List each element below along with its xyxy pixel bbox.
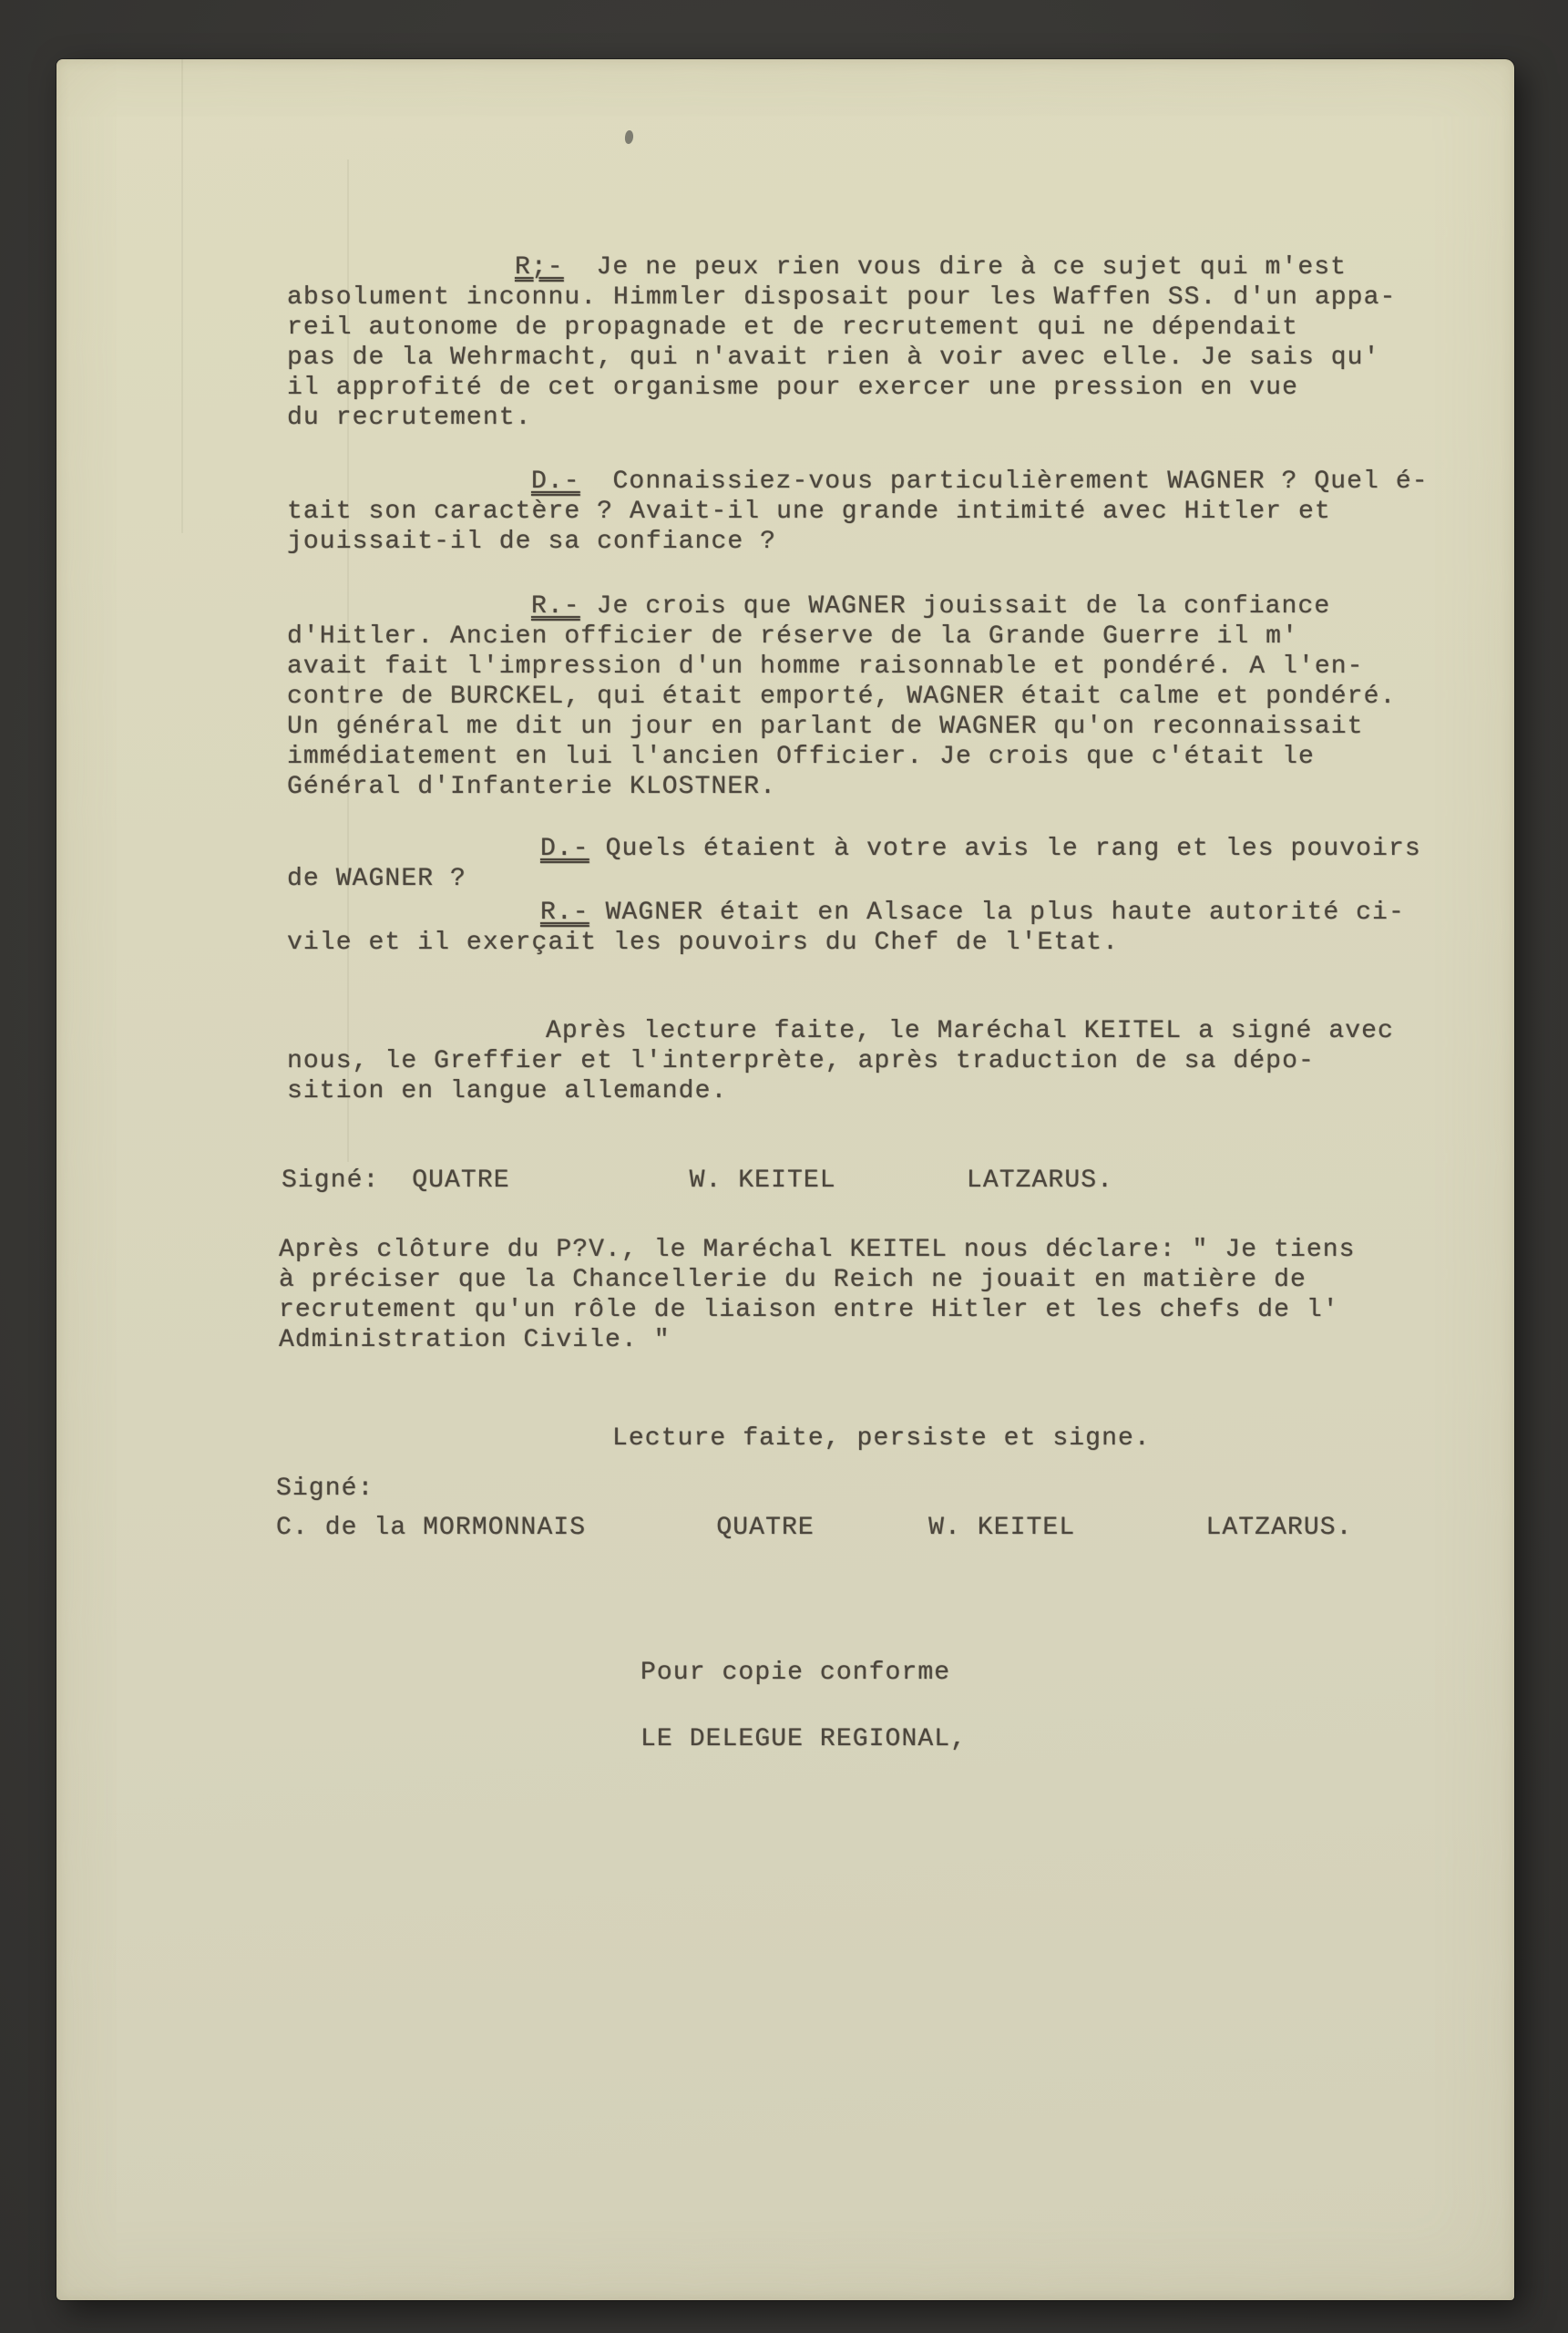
signature-row-1-text: Signé: QUATRE W. KEITEL LATZARUS.	[282, 1166, 1113, 1195]
signature-row-1: Signé: QUATRE W. KEITEL LATZARUS.	[282, 1166, 1439, 1196]
answer-label-1: R;-	[515, 253, 564, 282]
paper-crease-left	[181, 59, 183, 533]
question-text-1: Connaissiez-vous particulièrement WAGNER…	[287, 468, 1429, 556]
lecture-line-text: Lecture faite, persiste et signe.	[612, 1424, 1151, 1453]
delegate-title-text: LE DELEGUE REGIONAL,	[641, 1725, 967, 1753]
signe-label-text: Signé:	[276, 1475, 374, 1503]
copy-note: Pour copie conforme	[641, 1658, 1369, 1688]
lecture-line: Lecture faite, persiste et signe.	[612, 1423, 1432, 1454]
question-paragraph-1: D.- Connaissiez-vous particulièrement WA…	[287, 467, 1444, 557]
answer-text-2: Je crois que WAGNER jouissait de la conf…	[287, 592, 1396, 801]
answer-paragraph-3: R.- WAGNER était en Alsace la plus haute…	[287, 898, 1444, 958]
ink-speck	[624, 129, 634, 144]
document-page: R;- Je ne peux rien vous dire à ce sujet…	[56, 59, 1514, 2300]
answer-paragraph-1: R;- Je ne peux rien vous dire à ce sujet…	[287, 252, 1444, 433]
question-label-2: D.-	[540, 835, 589, 863]
signature-row-2: C. de la MORMONNAIS QUATRE W. KEITEL LAT…	[276, 1513, 1433, 1543]
declaration-paragraph: Après clôture du P?V., le Maréchal KEITE…	[279, 1235, 1436, 1355]
answer-text-1: Je ne peux rien vous dire à ce sujet qui…	[287, 253, 1396, 432]
answer-label-2: R.-	[531, 592, 580, 621]
declaration-text: Après clôture du P?V., le Maréchal KEITE…	[279, 1236, 1356, 1354]
copy-note-text: Pour copie conforme	[641, 1659, 950, 1687]
question-label-1: D.-	[531, 468, 580, 496]
signe-label: Signé:	[276, 1474, 1433, 1504]
question-paragraph-2: D.- Quels étaient à votre avis le rang e…	[287, 834, 1444, 894]
signature-row-2-text: C. de la MORMONNAIS QUATRE W. KEITEL LAT…	[276, 1514, 1353, 1542]
closing-statement-text: Après lecture faite, le Maréchal KEITEL …	[287, 1017, 1394, 1105]
delegate-title: LE DELEGUE REGIONAL,	[641, 1724, 1369, 1754]
answer-text-3: WAGNER était en Alsace la plus haute aut…	[287, 899, 1405, 957]
answer-label-3: R.-	[540, 899, 589, 927]
answer-paragraph-2: R.- Je crois que WAGNER jouissait de la …	[287, 591, 1444, 802]
question-text-2: Quels étaient à votre avis le rang et le…	[287, 835, 1421, 893]
closing-statement: Après lecture faite, le Maréchal KEITEL …	[287, 1016, 1444, 1106]
